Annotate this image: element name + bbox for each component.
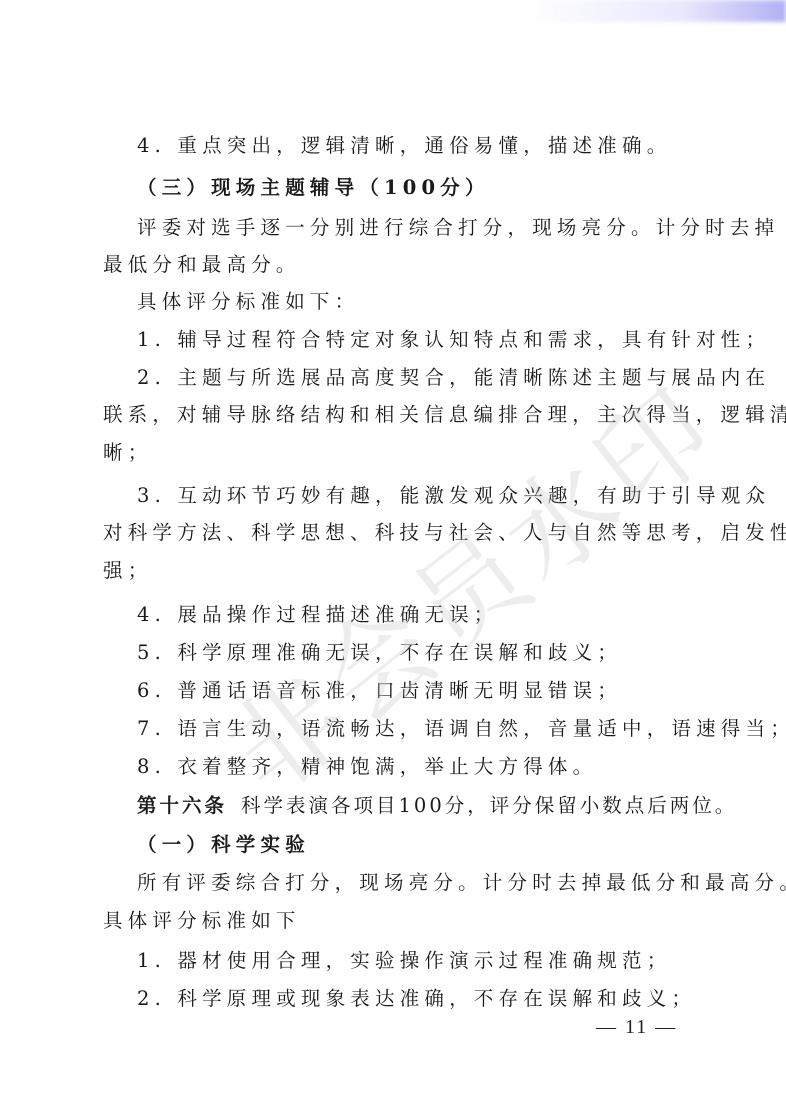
article-16: 第十六条科学表演各项目100分，评分保留小数点后两位。 [137, 794, 737, 818]
article-number: 第十六条 [137, 794, 227, 817]
criterion-7: 7. 语言生动，语流畅达，语调自然，音量适中，语速得当； [137, 717, 786, 741]
document-page: 4. 重点突出，逻辑清晰，通俗易懂，描述准确。 （三）现场主题辅导（100分） … [0, 0, 786, 1100]
experiment-criterion-2: 2. 科学原理或现象表达准确，不存在误解和歧义； [137, 987, 696, 1011]
criterion-4-clarity: 4. 重点突出，逻辑清晰，通俗易懂，描述准确。 [137, 134, 671, 158]
paragraph-scoring-method-cont: 最低分和最高分。 [103, 253, 301, 277]
page-number: — 11 — [596, 1016, 677, 1039]
paragraph-scoring-method: 评委对选手逐一分别进行综合打分，现场亮分。计分时去掉 [137, 216, 779, 240]
criterion-2-end: 晰； [103, 441, 152, 465]
experiment-criterion-1: 1. 器材使用合理，实验操作演示过程准确规范； [137, 949, 671, 973]
section-heading-onsite-guidance: （三）现场主题辅导（100分） [137, 176, 490, 200]
criterion-1: 1. 辅导过程符合特定对象认知特点和需求，具有针对性； [137, 328, 770, 352]
criterion-6: 6. 普通话语音标准，口齿清晰无明显错误； [137, 679, 622, 703]
criterion-5: 5. 科学原理准确无误，不存在误解和歧义； [137, 641, 622, 665]
article-body: 科学表演各项目100分，评分保留小数点后两位。 [241, 794, 737, 817]
criteria-intro: 具体评分标准如下： [137, 290, 359, 314]
criterion-3: 3. 互动环节巧妙有趣，能激发观众兴趣，有助于引导观众 [137, 484, 770, 508]
criterion-2-cont: 联系，对辅导脉络结构和相关信息编排合理，主次得当，逻辑清 [103, 403, 786, 427]
criterion-2: 2. 主题与所选展品高度契合，能清晰陈述主题与展品内在 [137, 366, 770, 390]
scan-artifact [526, 0, 786, 22]
criterion-3-cont: 对科学方法、科学思想、科技与社会、人与自然等思考，启发性 [103, 521, 786, 545]
criterion-3-end: 强； [103, 559, 152, 583]
criterion-8: 8. 衣着整齐，精神饱满，举止大方得体。 [137, 755, 597, 779]
paragraph-experiment-scoring: 所有评委综合打分，现场亮分。计分时去掉最低分和最高分。 [137, 871, 786, 895]
criterion-4: 4. 展品操作过程描述准确无误； [137, 603, 499, 627]
section-heading-science-experiment: （一）科学实验 [137, 833, 310, 857]
paragraph-experiment-scoring-cont: 具体评分标准如下 [103, 909, 301, 933]
